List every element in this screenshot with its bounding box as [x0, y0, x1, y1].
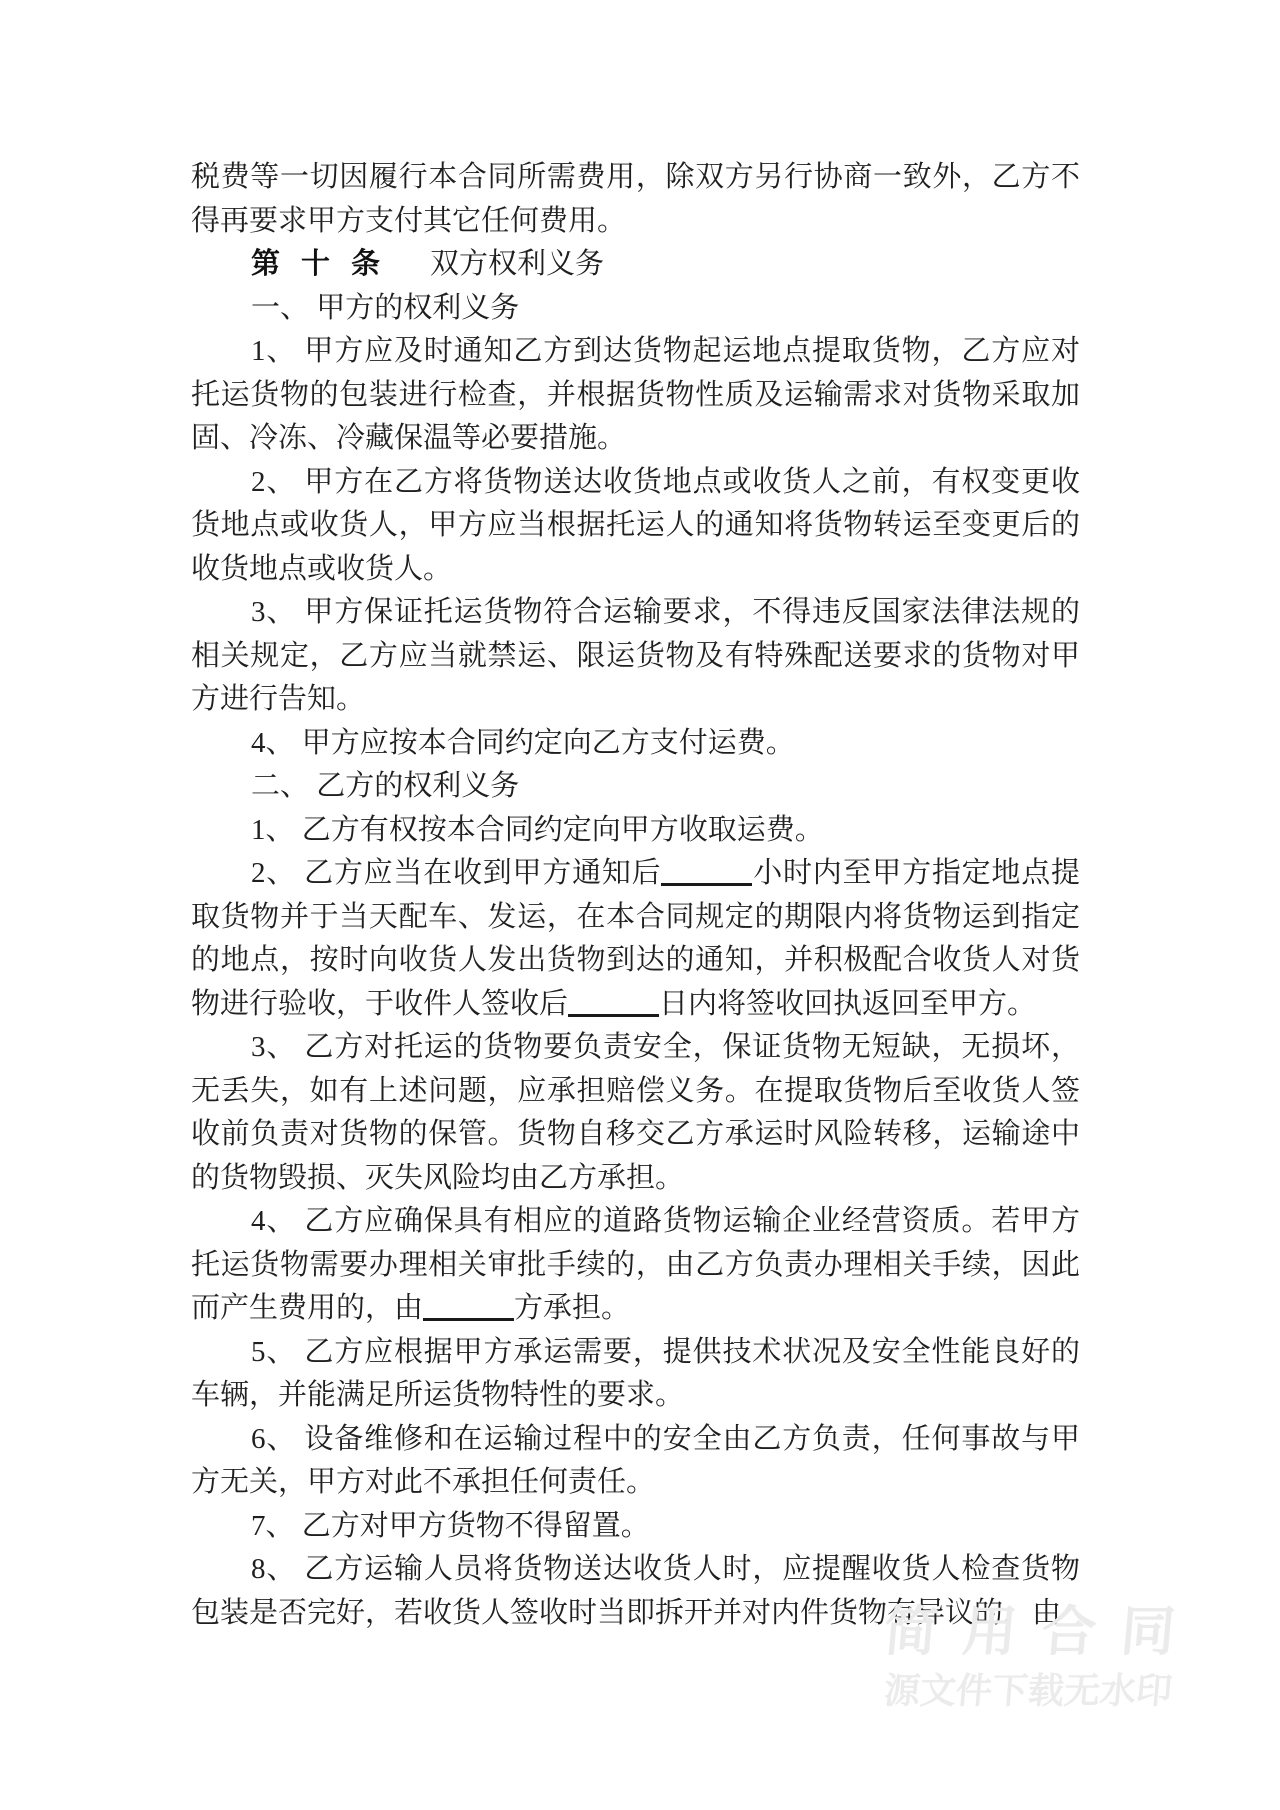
text-segment: 1、 乙方有权按本合同约定向甲方收取运费。 — [251, 814, 824, 846]
clause-fee-continuation: 税费等一切因履行本合同所需费用，除双方另行协商一致外，乙方不得再要求甲方支付其它… — [191, 156, 1080, 243]
party-b-item-1: 1、 乙方有权按本合同约定向甲方收取运费。 — [191, 809, 1080, 853]
party-b-item-4: 4、 乙方应确保具有相应的道路货物运输企业经营资质。若甲方托运货物需要办理相关审… — [191, 1200, 1080, 1331]
party-a-item-3: 3、 甲方保证托运货物符合运输要求，不得违反国家法律法规的相关规定，乙方应当就禁… — [191, 591, 1080, 722]
party-b-item-6: 6、 设备维修和在运输过程中的安全由乙方负责，任何事故与甲方无关，甲方对此不承担… — [191, 1418, 1080, 1505]
party-a-item-1: 1、 甲方应及时通知乙方到达货物起运地点提取货物，乙方应对托运货物的包装进行检查… — [191, 330, 1080, 461]
text-segment: 二、 乙方的权利义务 — [251, 770, 519, 802]
text-segment: 5、 乙方应根据甲方承运需要，提供技术状况及安全性能良好的车辆，并能满足所运货物… — [191, 1336, 1080, 1412]
text-segment: 2、 乙方应当在收到甲方通知后 — [251, 857, 661, 889]
party-a-item-4: 4、 甲方应按本合同约定向乙方支付运费。 — [191, 722, 1080, 766]
text-segment: 3、 甲方保证托运货物符合运输要求，不得违反国家法律法规的相关规定，乙方应当就禁… — [191, 596, 1080, 715]
text-segment: 一、 甲方的权利义务 — [251, 292, 519, 324]
text-segment: 2、 甲方在乙方将货物送达收货地点或收货人之前，有权变更收货地点或收货人，甲方应… — [191, 466, 1080, 585]
clause-number: 第十条 — [251, 248, 401, 280]
text-segment: 4、 乙方应确保具有相应的道路货物运输企业经营资质。若甲方托运货物需要办理相关审… — [191, 1205, 1080, 1324]
party-b-item-3: 3、 乙方对托运的货物要负责安全，保证货物无短缺，无损坏，无丢失，如有上述问题，… — [191, 1026, 1080, 1200]
text-segment: 1、 甲方应及时通知乙方到达货物起运地点提取货物，乙方应对托运货物的包装进行检查… — [191, 335, 1080, 454]
party-b-item-7: 7、 乙方对甲方货物不得留置。 — [191, 1505, 1080, 1549]
text-segment: 7、 乙方对甲方货物不得留置。 — [251, 1510, 650, 1542]
contract-page: 税费等一切因履行本合同所需费用，除双方另行协商一致外，乙方不得再要求甲方支付其它… — [0, 0, 1280, 1810]
watermark-brand: 简用合同 — [882, 1605, 1203, 1659]
text-segment: 4、 甲方应按本合同约定向乙方支付运费。 — [251, 727, 795, 759]
party-b-item-2: 2、 乙方应当在收到甲方通知后小时内至甲方指定地点提取货物并于当天配车、发运，在… — [191, 852, 1080, 1026]
text-segment: 税费等一切因履行本合同所需费用，除双方另行协商一致外，乙方不得再要求甲方支付其它… — [191, 161, 1080, 237]
section-party-a-heading: 一、 甲方的权利义务 — [191, 287, 1080, 331]
clause-10-heading: 第十条 双方权利义务 — [191, 243, 1080, 287]
text-segment: 双方权利义务 — [401, 248, 604, 280]
text-segment: 日内将签收回执返回至甲方。 — [659, 988, 1036, 1020]
fill-in-blank — [661, 853, 752, 886]
section-party-b-heading: 二、 乙方的权利义务 — [191, 765, 1080, 809]
watermark-tagline: 源文件下载无水印 — [882, 1673, 1173, 1709]
fill-in-blank — [423, 1288, 514, 1321]
text-segment: 3、 乙方对托运的货物要负责安全，保证货物无短缺，无损坏，无丢失，如有上述问题，… — [191, 1031, 1080, 1194]
document-body: 税费等一切因履行本合同所需费用，除双方另行协商一致外，乙方不得再要求甲方支付其它… — [191, 156, 1080, 1635]
party-b-item-5: 5、 乙方应根据甲方承运需要，提供技术状况及安全性能良好的车辆，并能满足所运货物… — [191, 1331, 1080, 1418]
text-segment: 6、 设备维修和在运输过程中的安全由乙方负责，任何事故与甲方无关，甲方对此不承担… — [191, 1423, 1080, 1499]
fill-in-blank — [568, 984, 659, 1017]
party-a-item-2: 2、 甲方在乙方将货物送达收货地点或收货人之前，有权变更收货地点或收货人，甲方应… — [191, 461, 1080, 592]
text-segment: 方承担。 — [514, 1292, 630, 1324]
